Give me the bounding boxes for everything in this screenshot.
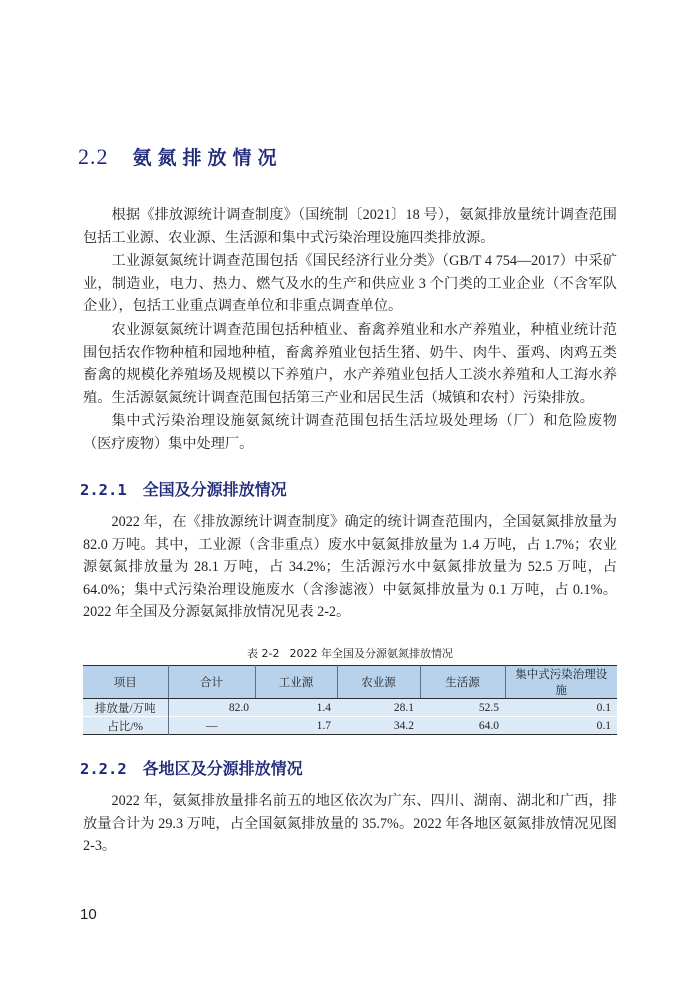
section-heading: 2.2氨氮排放情况 <box>78 143 283 170</box>
paragraph-intro: 根据《排放源统计调查制度》（国统制〔2021〕18 号），氨氮排放量统计调查范围… <box>83 204 617 249</box>
paragraph-regional-emissions: 2022 年，氨氮排放量排名前五的地区依次为广东、四川、湖南、湖北和广西，排放量… <box>83 790 617 858</box>
cell-agricultural: 34.2 <box>337 717 420 735</box>
table-header-row: 项目 合计 工业源 农业源 生活源 集中式污染治理设施 <box>83 666 617 699</box>
cell-industrial: 1.4 <box>255 699 337 717</box>
subsection-number: 2.2.1 <box>80 481 127 499</box>
paragraph-centralized-scope: 集中式污染治理设施氨氮统计调查范围包括生活垃圾处理场（厂）和危险废物（医疗废物）… <box>83 410 617 455</box>
paragraph-industrial-scope: 工业源氨氮统计调查范围包括《国民经济行业分类》（GB/T 4 754—2017）… <box>83 250 617 318</box>
row-label: 占比/% <box>83 717 168 735</box>
table-row: 占比/% — 1.7 34.2 64.0 0.1 <box>83 717 617 735</box>
paragraph-domestic-scope: 生活源氨氮统计调查范围包括第三产业和居民生活（城镇和农村）污染排放。 <box>83 387 617 410</box>
header-centralized: 集中式污染治理设施 <box>505 666 617 699</box>
header-agricultural: 农业源 <box>337 666 420 699</box>
subsection-heading-regional: 2.2.2各地区及分源排放情况 <box>80 756 303 779</box>
document-page: 2.2氨氮排放情况 根据《排放源统计调查制度》（国统制〔2021〕18 号），氨… <box>0 0 700 989</box>
table-row: 排放量/万吨 82.0 1.4 28.1 52.5 0.1 <box>83 699 617 717</box>
subsection-title: 全国及分源排放情况 <box>143 480 287 499</box>
cell-domestic: 64.0 <box>420 717 505 735</box>
header-industrial: 工业源 <box>255 666 337 699</box>
cell-agricultural: 28.1 <box>337 699 420 717</box>
emissions-table: 项目 合计 工业源 农业源 生活源 集中式污染治理设施 排放量/万吨 82.0 … <box>83 665 617 735</box>
subsection-heading-national: 2.2.1全国及分源排放情况 <box>80 477 287 500</box>
paragraph-national-emissions: 2022 年，在《排放源统计调查制度》确定的统计调查范围内，全国氨氮排放量为 8… <box>83 511 617 624</box>
page-number: 10 <box>80 906 97 923</box>
section-number: 2.2 <box>78 144 109 169</box>
subsection-title: 各地区及分源排放情况 <box>143 759 303 778</box>
table-caption: 表 2-22022 年全国及分源氨氮排放情况 <box>83 645 617 661</box>
section-title: 氨氮排放情况 <box>133 147 283 169</box>
cell-centralized: 0.1 <box>505 717 617 735</box>
table-caption-title: 2022 年全国及分源氨氮排放情况 <box>289 647 453 660</box>
row-label: 排放量/万吨 <box>83 699 168 717</box>
header-domestic: 生活源 <box>420 666 505 699</box>
cell-domestic: 52.5 <box>420 699 505 717</box>
cell-centralized: 0.1 <box>505 699 617 717</box>
cell-total: — <box>168 717 255 735</box>
cell-industrial: 1.7 <box>255 717 337 735</box>
cell-total: 82.0 <box>168 699 255 717</box>
header-total: 合计 <box>168 666 255 699</box>
header-item: 项目 <box>83 666 168 699</box>
subsection-number: 2.2.2 <box>80 760 127 778</box>
table-caption-number: 表 2-2 <box>247 647 279 660</box>
